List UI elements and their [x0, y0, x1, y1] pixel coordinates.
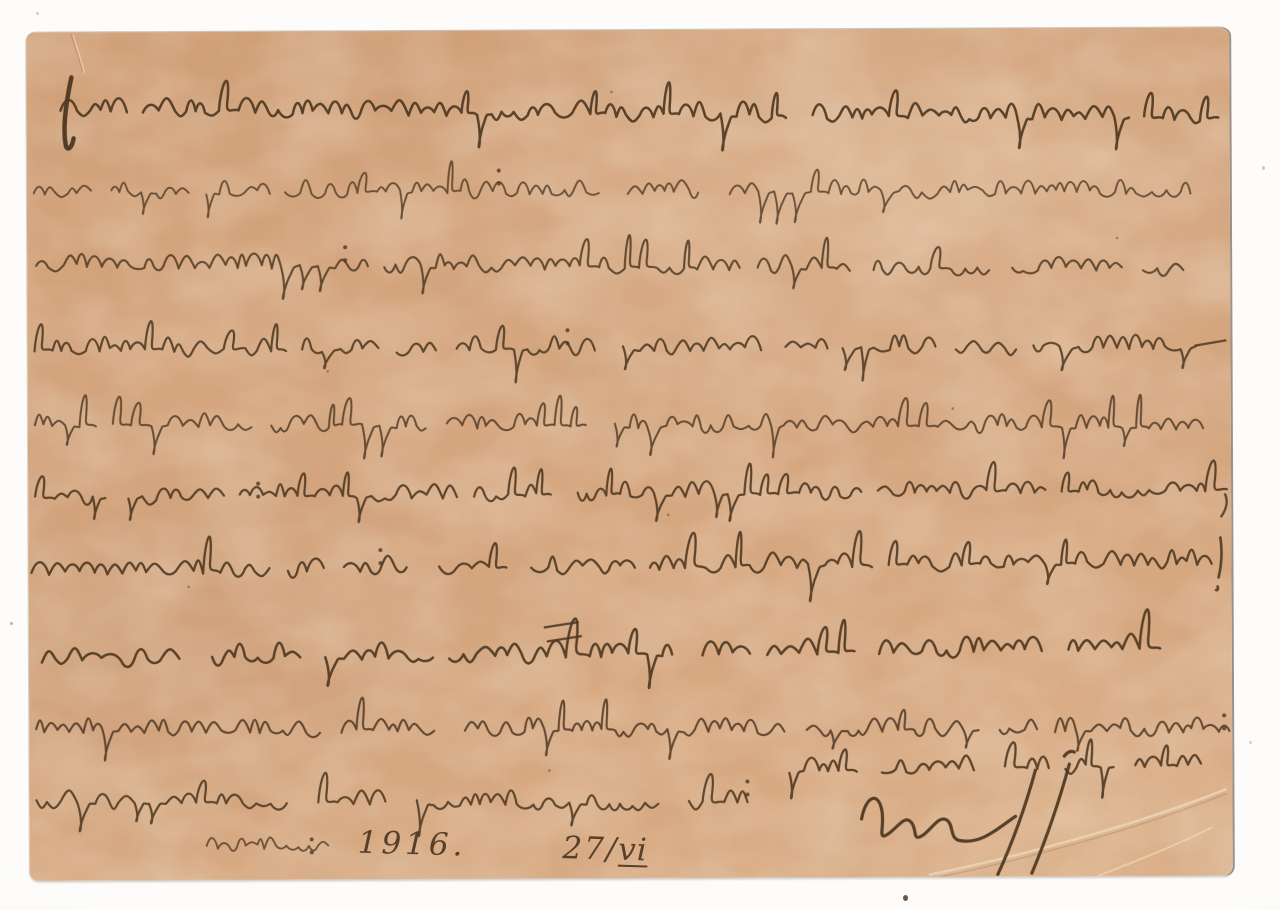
scan-speck-5 [36, 12, 39, 15]
scan-background: 1916.27/vi [0, 0, 1280, 910]
postcard: 1916.27/vi [26, 27, 1233, 880]
scan-speck-1 [10, 622, 13, 625]
date-month-numeral: vi [618, 832, 648, 869]
paper-grain [26, 27, 1233, 880]
scan-speck-3 [1262, 166, 1265, 170]
scan-speck-2 [903, 895, 908, 901]
date-year: 1916. [357, 825, 467, 864]
date-day: 27/ [562, 830, 619, 867]
handwriting-layer [26, 27, 1233, 880]
scan-speck-4 [1249, 741, 1252, 744]
